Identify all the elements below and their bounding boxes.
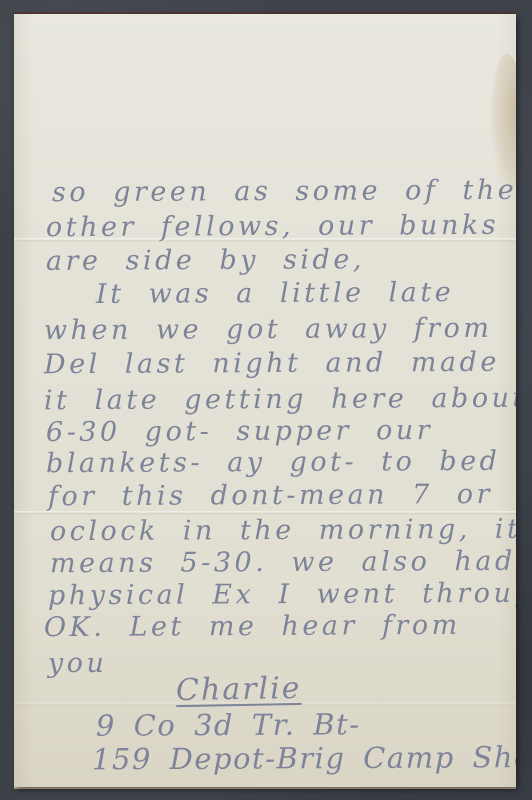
photo-background: so green as some of the other fellows, o… xyxy=(0,0,532,800)
handwritten-line: when we got away from xyxy=(44,313,493,346)
handwritten-line: you xyxy=(48,648,108,679)
handwritten-line: physical Ex I went through xyxy=(48,578,516,612)
handwritten-line: It was a little late xyxy=(96,277,454,310)
handwritten-line: blankets- ay got- to bed xyxy=(46,446,501,479)
handwritten-line: oclock in the morning, it xyxy=(50,514,516,547)
handwritten-line: means 5-30. we also had xyxy=(50,546,516,579)
handwritten-line: so green as some of the xyxy=(52,175,516,208)
paper-stain xyxy=(490,54,516,194)
handwritten-line: OK. Let me hear from xyxy=(44,610,461,643)
letter-paper: so green as some of the other fellows, o… xyxy=(14,14,516,787)
address-line-camp: 159 Depot-Brig Camp Sherman xyxy=(92,740,516,777)
handwritten-line: other fellows, our bunks xyxy=(46,210,499,243)
handwritten-line: are side by side, xyxy=(46,244,365,277)
handwritten-line: 6-30 got- supper our xyxy=(46,415,433,448)
signature: Charlie xyxy=(176,671,302,708)
handwritten-line: it late getting here about xyxy=(44,383,516,417)
handwritten-line: Del last night and made xyxy=(44,347,500,380)
address-line-unit: 9 Co 3d Tr. Bt- xyxy=(96,707,361,742)
handwritten-line: for this dont-mean 7 or 8 xyxy=(48,479,516,513)
